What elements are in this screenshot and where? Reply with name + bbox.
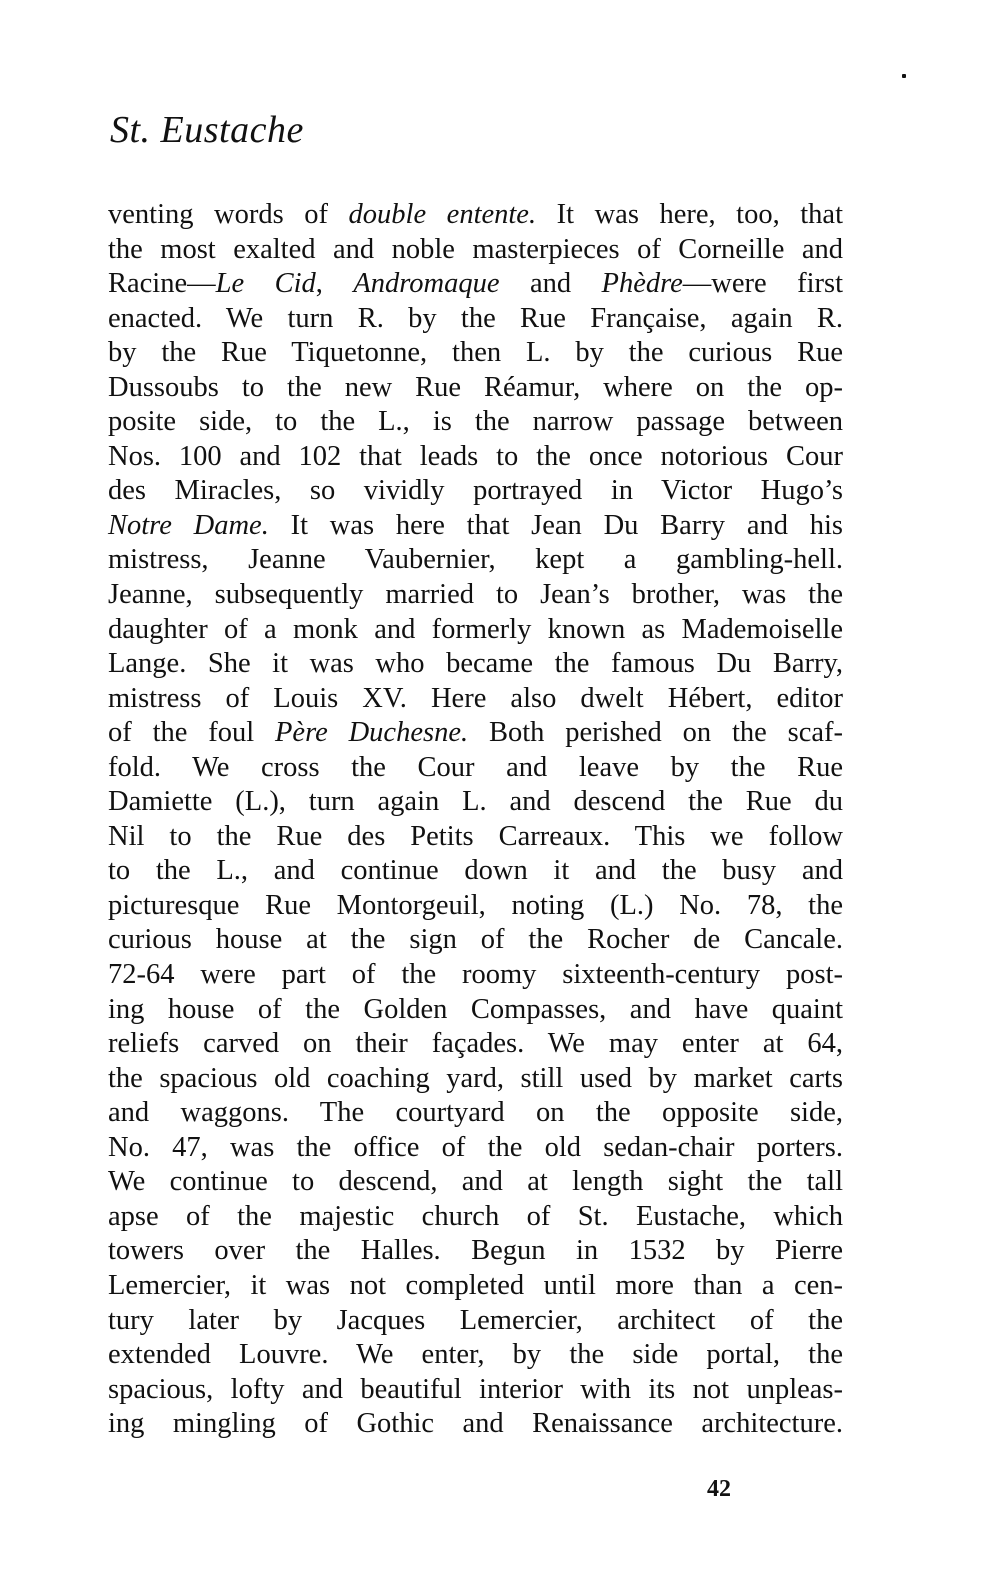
text-line: reliefs carved on their façades. We may … — [108, 1027, 843, 1062]
scan-speck — [902, 74, 906, 78]
text-line: mistress of Louis XV. Here also dwelt Hé… — [108, 682, 843, 717]
text-run: ing house of the Golden Compasses, and h… — [108, 994, 843, 1025]
text-run: and waggons. The courtyard on the opposi… — [108, 1097, 843, 1128]
text-line: venting words of double entente. It was … — [108, 198, 843, 233]
text-line: of the foul Père Duchesne. Both perished… — [108, 716, 843, 751]
text-run: curious house at the sign of the Rocher … — [108, 924, 843, 955]
text-line: towers over the Halles. Begun in 1532 by… — [108, 1234, 843, 1269]
text-run: 72-64 were part of the roomy sixteenth-c… — [108, 959, 843, 990]
text-run: picturesque Rue Montorgeuil, noting (L.)… — [108, 890, 843, 921]
running-head: St. Eustache — [110, 108, 304, 152]
text-run: daughter of a monk and formerly known as… — [108, 614, 843, 645]
text-run: Both perished on the scaf- — [468, 717, 843, 748]
text-line: Lemercier, it was not completed until mo… — [108, 1269, 843, 1304]
body-text: venting words of double entente. It was … — [108, 198, 843, 1442]
text-run: Lemercier, it was not completed until mo… — [108, 1270, 843, 1301]
text-line: the most exalted and noble masterpieces … — [108, 233, 843, 268]
text-line: to the L., and continue down it and the … — [108, 854, 843, 889]
text-line: Nil to the Rue des Petits Carreaux. This… — [108, 820, 843, 855]
text-run: mistress, Jeanne Vaubernier, kept a gamb… — [108, 544, 843, 575]
text-line: ing house of the Golden Compasses, and h… — [108, 993, 843, 1028]
text-run: Racine— — [108, 268, 216, 299]
text-run: Dussoubs to the new Rue Réamur, where on… — [108, 372, 843, 403]
text-line: by the Rue Tiquetonne, then L. by the cu… — [108, 336, 843, 371]
text-run: the spacious old coaching yard, still us… — [108, 1063, 843, 1094]
text-line: Damiette (L.), turn again L. and descend… — [108, 785, 843, 820]
text-run: and — [500, 268, 602, 299]
text-run: reliefs carved on their façades. We may … — [108, 1028, 843, 1059]
italic-title: Andromaque — [353, 268, 499, 299]
text-line: Racine—Le Cid, Andromaque and Phèdre—wer… — [108, 267, 843, 302]
text-run: the most exalted and noble masterpieces … — [108, 234, 843, 265]
italic-title: double entente. — [349, 199, 537, 230]
text-run: extended Louvre. We enter, by the side p… — [108, 1339, 843, 1370]
italic-title: Notre Dame. — [108, 510, 269, 541]
text-run: mistress of Louis XV. Here also dwelt Hé… — [108, 683, 843, 714]
text-run: Damiette (L.), turn again L. and descend… — [108, 786, 843, 817]
text-run: of the foul — [108, 717, 275, 748]
text-run: ing mingling of Gothic and Renaissance a… — [108, 1408, 843, 1439]
text-line: fold. We cross the Cour and leave by the… — [108, 751, 843, 786]
text-line: ing mingling of Gothic and Renaissance a… — [108, 1407, 843, 1442]
text-run: fold. We cross the Cour and leave by the… — [108, 752, 843, 783]
text-line: mistress, Jeanne Vaubernier, kept a gamb… — [108, 543, 843, 578]
text-run: Nil to the Rue des Petits Carreaux. This… — [108, 821, 843, 852]
text-run: towers over the Halles. Begun in 1532 by… — [108, 1235, 843, 1266]
text-run: to the L., and continue down it and the … — [108, 855, 843, 886]
text-run: We continue to descend, and at length si… — [108, 1166, 843, 1197]
text-line: posite side, to the L., is the narrow pa… — [108, 405, 843, 440]
text-run: venting words of — [108, 199, 349, 230]
italic-title: Le Cid — [216, 268, 316, 299]
text-line: We continue to descend, and at length si… — [108, 1165, 843, 1200]
text-run: apse of the majestic church of St. Eusta… — [108, 1201, 843, 1232]
text-line: Jeanne, subsequently married to Jean’s b… — [108, 578, 843, 613]
text-line: Notre Dame. It was here that Jean Du Bar… — [108, 509, 843, 544]
text-run: by the Rue Tiquetonne, then L. by the cu… — [108, 337, 843, 368]
text-run: tury later by Jacques Lemercier, archite… — [108, 1305, 843, 1336]
text-line: spacious, lofty and beautiful interior w… — [108, 1373, 843, 1408]
italic-title: Phèdre — [602, 268, 683, 299]
text-run: Jeanne, subsequently married to Jean’s b… — [108, 579, 843, 610]
text-run: It was here that Jean Du Barry and his — [269, 510, 843, 541]
text-run: des Miracles, so vividly portrayed in Vi… — [108, 475, 843, 506]
text-line: daughter of a monk and formerly known as… — [108, 613, 843, 648]
book-page: St. Eustache venting words of double ent… — [0, 0, 1000, 1575]
italic-title: Père Duchesne. — [275, 717, 468, 748]
text-run: No. 47, was the office of the old sedan-… — [108, 1132, 843, 1163]
text-line: curious house at the sign of the Rocher … — [108, 923, 843, 958]
text-run: posite side, to the L., is the narrow pa… — [108, 406, 843, 437]
text-line: 72-64 were part of the roomy sixteenth-c… — [108, 958, 843, 993]
text-run: spacious, lofty and beautiful interior w… — [108, 1374, 843, 1405]
text-line: extended Louvre. We enter, by the side p… — [108, 1338, 843, 1373]
text-run: enacted. We turn R. by the Rue Française… — [108, 303, 843, 334]
text-line: Nos. 100 and 102 that leads to the once … — [108, 440, 843, 475]
text-run: Nos. 100 and 102 that leads to the once … — [108, 441, 843, 472]
text-run: —were first — [683, 268, 843, 299]
text-line: the spacious old coaching yard, still us… — [108, 1062, 843, 1097]
text-line: Lange. She it was who became the famous … — [108, 647, 843, 682]
text-run: It was here, too, that — [536, 199, 843, 230]
text-run: , — [316, 268, 354, 299]
text-line: enacted. We turn R. by the Rue Française… — [108, 302, 843, 337]
text-line: No. 47, was the office of the old sedan-… — [108, 1131, 843, 1166]
text-line: des Miracles, so vividly portrayed in Vi… — [108, 474, 843, 509]
text-line: apse of the majestic church of St. Eusta… — [108, 1200, 843, 1235]
text-line: tury later by Jacques Lemercier, archite… — [108, 1304, 843, 1339]
page-number: 42 — [707, 1476, 731, 1503]
text-run: Lange. She it was who became the famous … — [108, 648, 843, 679]
text-line: Dussoubs to the new Rue Réamur, where on… — [108, 371, 843, 406]
text-line: picturesque Rue Montorgeuil, noting (L.)… — [108, 889, 843, 924]
text-line: and waggons. The courtyard on the opposi… — [108, 1096, 843, 1131]
